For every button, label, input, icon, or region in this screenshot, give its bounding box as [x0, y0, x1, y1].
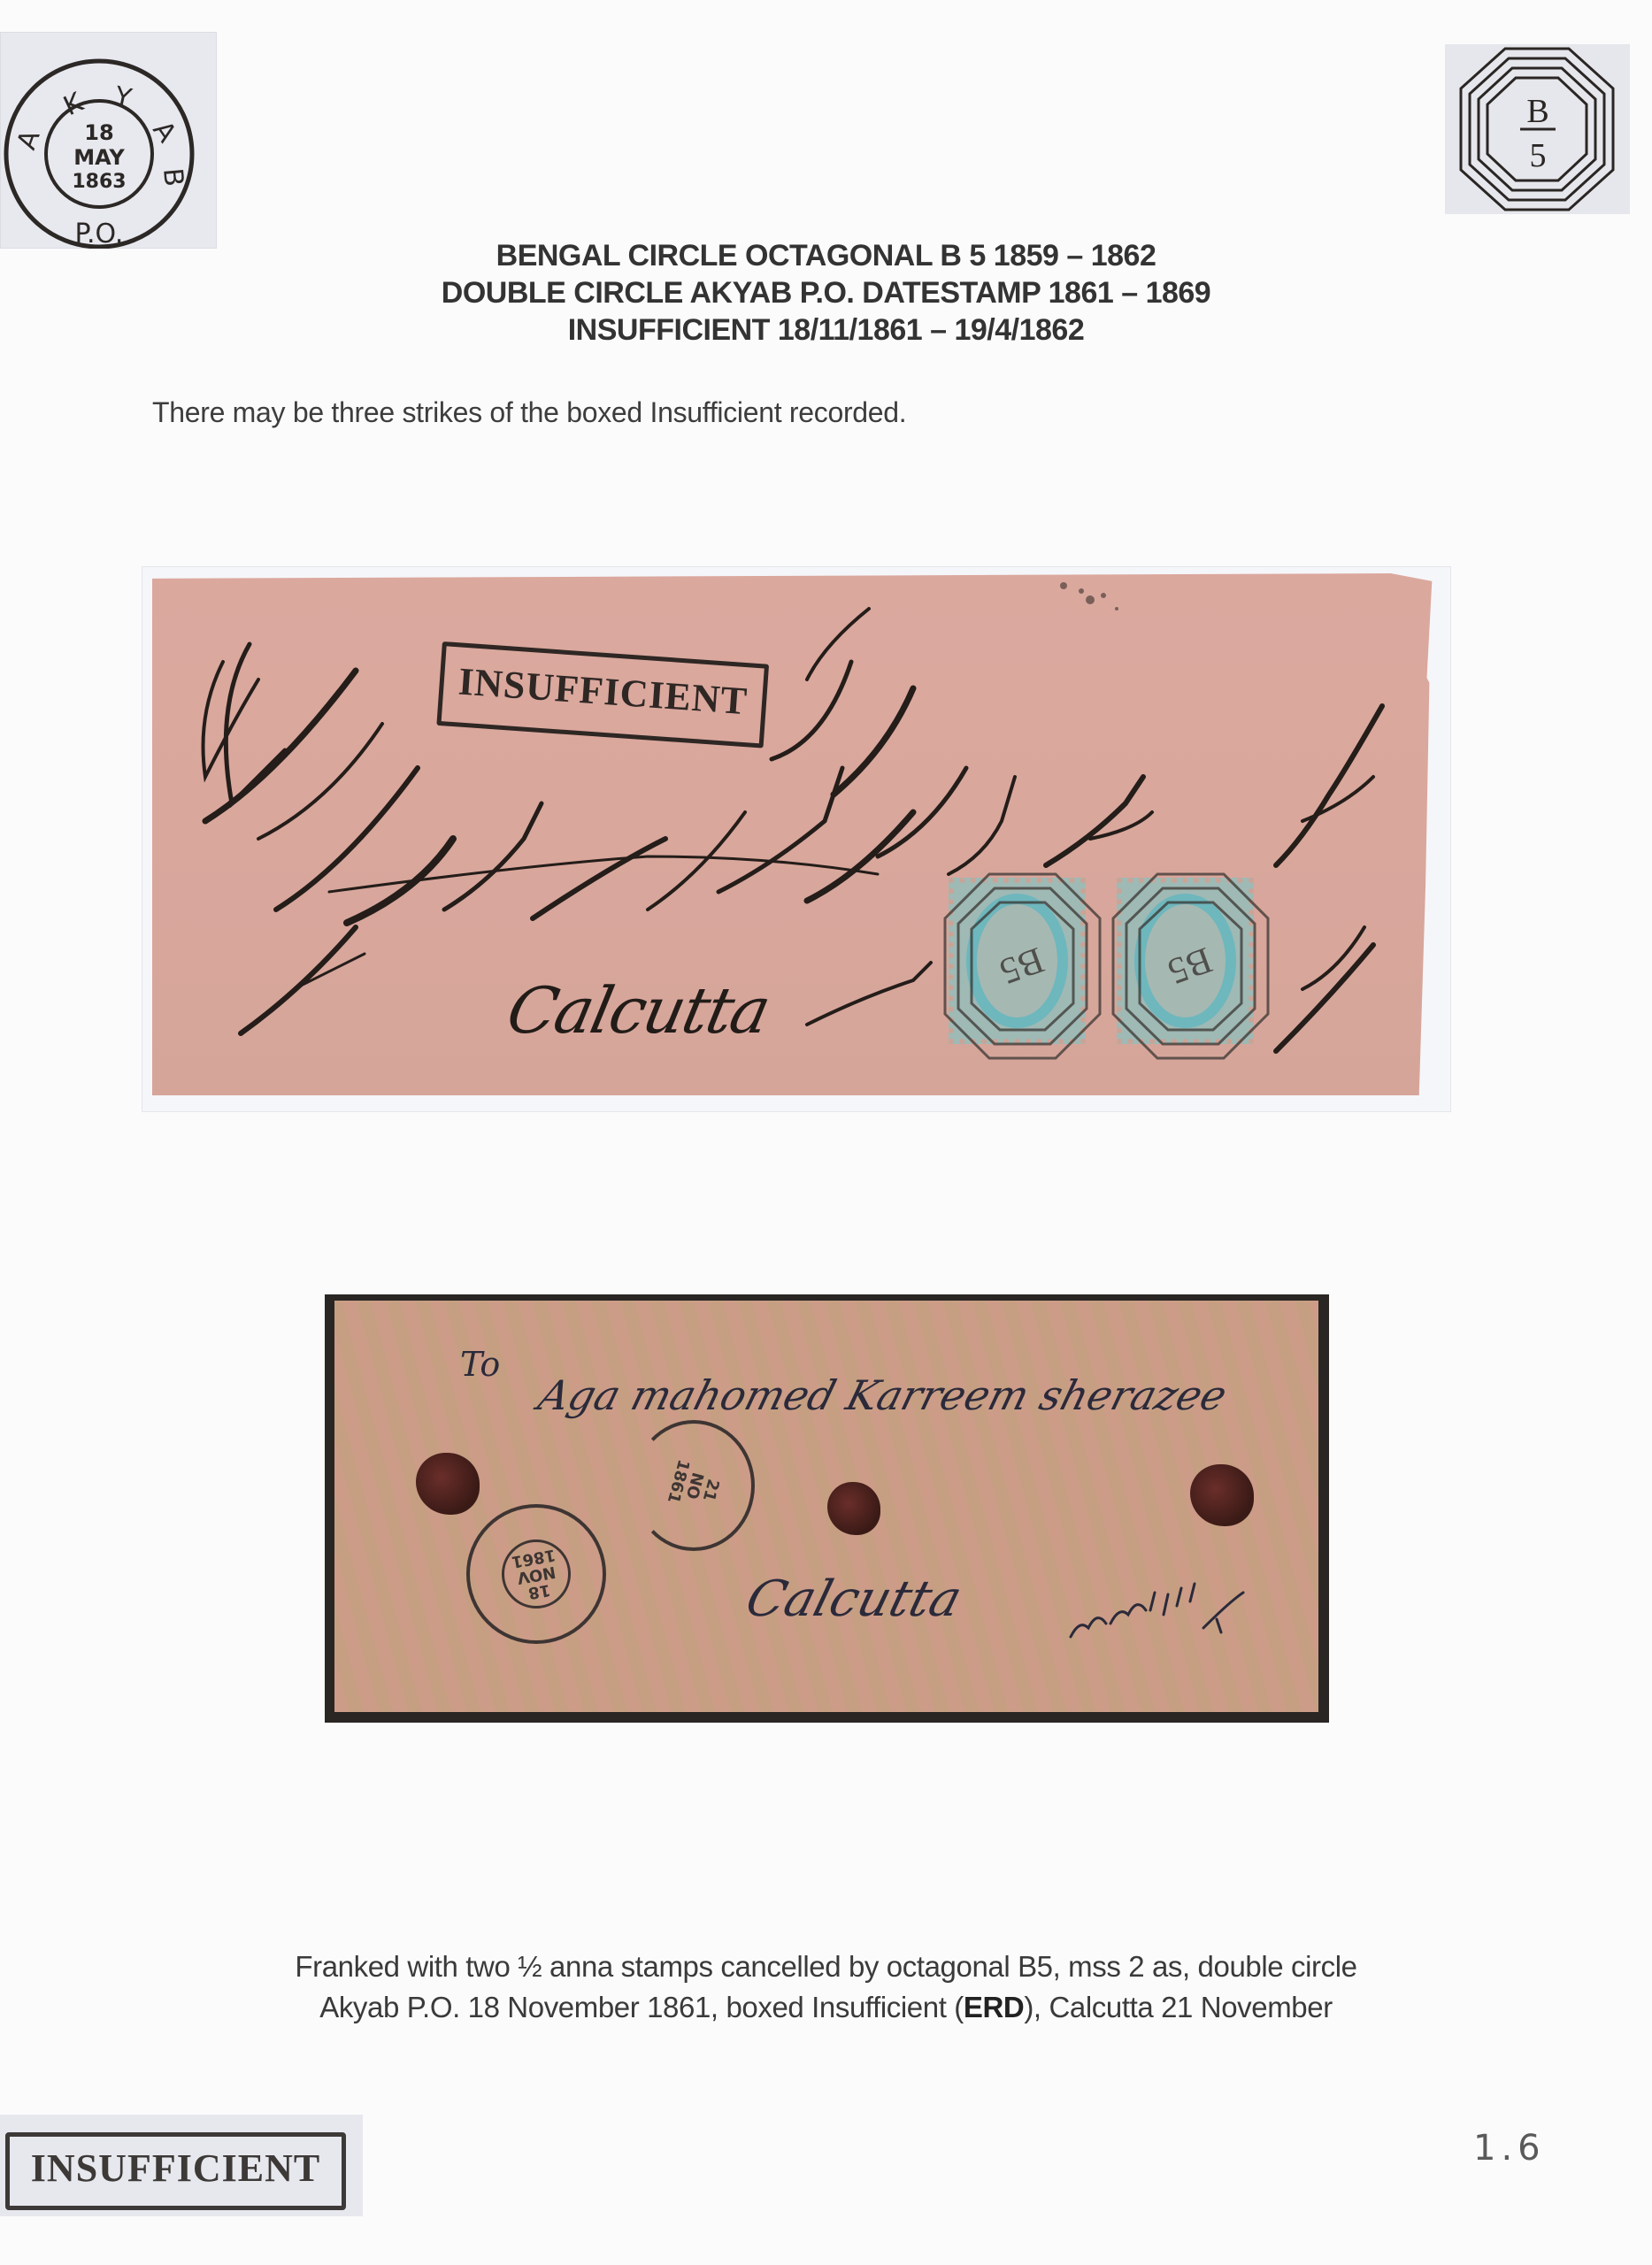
- svg-text:18: 18: [84, 120, 113, 145]
- heading-line: INSUFFICIENT 18/11/1861 – 19/4/1862: [0, 311, 1652, 349]
- svg-text:B: B: [1526, 93, 1548, 130]
- octagon-cancel-icon: B 5: [1445, 44, 1630, 214]
- page-number: 1.6: [1473, 2128, 1546, 2169]
- persian-script-icon: [1062, 1575, 1256, 1655]
- akyab-cds-postmark: 18 NOV 1861: [466, 1504, 606, 1644]
- heading-line: DOUBLE CIRCLE AKYAB P.O. DATESTAMP 1861 …: [0, 274, 1652, 311]
- svg-text:MAY: MAY: [73, 145, 125, 170]
- svg-text:A: A: [12, 126, 47, 154]
- handstamp-frame: INSUFFICIENT: [5, 2132, 346, 2210]
- akyab-datestamp-illustration: A K Y A B P.O. 18 MAY 1863: [0, 32, 217, 249]
- octagon-b5-illustration: B 5: [1445, 44, 1630, 214]
- datestamp-icon: A K Y A B P.O. 18 MAY 1863: [0, 32, 217, 249]
- svg-text:B: B: [157, 167, 189, 188]
- caption-line-1: Franked with two ½ anna stamps cancelled…: [0, 1946, 1652, 1987]
- back-address-city: Calcutta: [740, 1570, 967, 1628]
- heading-line: BENGAL CIRCLE OCTAGONAL B 5 1859 – 1862: [0, 237, 1652, 274]
- addressee-name: Aga mahomed Karreem sherazee: [534, 1371, 1232, 1419]
- intro-text: There may be three strikes of the boxed …: [152, 396, 906, 429]
- calcutta-cds-postmark: 21 NO 1861: [633, 1420, 755, 1551]
- half-anna-stamp: B5: [1117, 878, 1254, 1044]
- page-headings: BENGAL CIRCLE OCTAGONAL B 5 1859 – 1862 …: [0, 237, 1652, 349]
- insufficient-mark-illustration: INSUFFICIENT: [0, 2115, 363, 2216]
- wax-seal: [1190, 1464, 1254, 1526]
- octagon-cancel-icon: B5: [936, 865, 1109, 1067]
- octagon-cancel-icon: B5: [1104, 865, 1277, 1067]
- svg-text:1863: 1863: [72, 171, 126, 193]
- svg-text:B5: B5: [1163, 939, 1218, 992]
- caption-line-2: Akyab P.O. 18 November 1861, boxed Insuf…: [0, 1987, 1652, 2028]
- svg-text:5: 5: [1530, 137, 1547, 174]
- svg-text:B5: B5: [995, 939, 1049, 992]
- wax-seal: [827, 1482, 880, 1535]
- exhibit-caption: Franked with two ½ anna stamps cancelled…: [0, 1946, 1652, 2028]
- addressee-prefix: To: [460, 1345, 500, 1384]
- half-anna-stamp: B5: [949, 878, 1086, 1044]
- wax-seal: [416, 1453, 480, 1515]
- front-address-city: Calcutta: [501, 973, 775, 1048]
